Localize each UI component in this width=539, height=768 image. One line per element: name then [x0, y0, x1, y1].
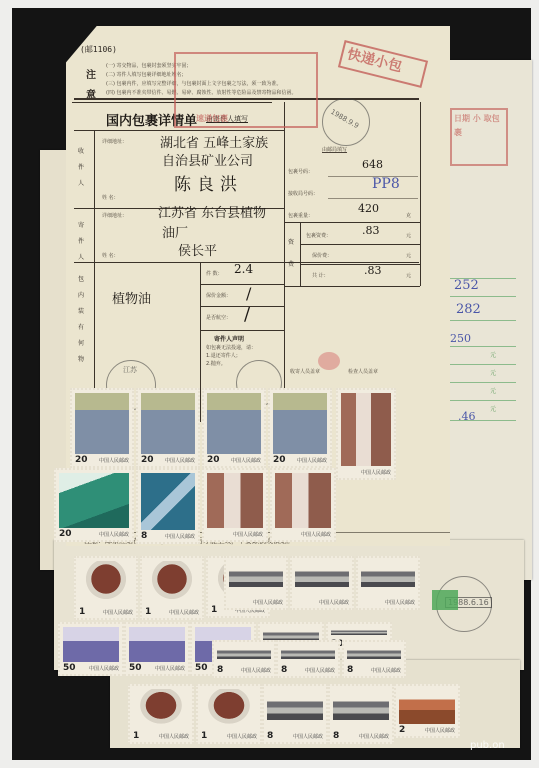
weight-label: 件 数： [206, 270, 223, 277]
recipient-address-line2: 自治县矿业公司 [162, 150, 253, 169]
postage-value: .83 [362, 224, 380, 237]
postage-stamp: 20中国人民邮政 [70, 388, 134, 468]
stamp-denomination: 1 [145, 607, 151, 617]
stamp-country: 中国人民邮政 [169, 609, 199, 616]
stamp-country: 中国人民邮政 [297, 457, 327, 464]
stamp-artwork [145, 561, 199, 606]
stamp-denomination: 8 [141, 531, 147, 541]
back-value-total: .46 [458, 410, 476, 423]
postmark-top: 1988.9.9 [322, 98, 370, 146]
stamp-artwork [275, 473, 331, 528]
stamp-artwork [75, 393, 129, 454]
stamp-country: 中国人民邮政 [103, 609, 133, 616]
stamp-country: 中国人民邮政 [319, 599, 349, 606]
stamp-country: 中国人民邮政 [99, 531, 129, 538]
stamp-denomination: 8 [333, 731, 339, 741]
insurance-unit: 元 [406, 252, 411, 259]
contents-item: 植物油 [112, 288, 151, 307]
sender-name-label: 姓 名： [102, 252, 119, 259]
stamp-country: 中国人民邮政 [233, 531, 263, 538]
stamp-denomination: 8 [217, 665, 223, 675]
postage-stamp: 20中国人民邮政 [268, 388, 332, 468]
postage-stamp: 20中国人民邮政 [136, 388, 200, 468]
notice-label-1: 注 [86, 66, 96, 81]
postage-stamp: 中国人民邮政 [290, 556, 354, 610]
red-box-stamp: 速递包裹 [174, 52, 318, 128]
stamp-denomination: 20 [273, 455, 286, 465]
stamp-country: 中国人民邮政 [165, 533, 195, 540]
postage-stamp: 8中国人民邮政 [212, 640, 276, 678]
fees-label: 资费 [288, 232, 296, 276]
parcel-weight: 420 [358, 202, 379, 215]
postage-stamp: 1中国人民邮政 [140, 556, 204, 620]
postage-label: 包裹资费： [306, 232, 331, 239]
airmail-value: / [244, 304, 250, 325]
stamp-artwork [273, 393, 327, 454]
stamp-artwork [281, 645, 335, 664]
stamp-artwork [201, 689, 257, 730]
postage-stamp: 中国人民邮政 [224, 556, 288, 610]
back-unit-2: 元 [490, 368, 496, 377]
stamp-country: 中国人民邮政 [253, 599, 283, 606]
parcel-no-label: 包裹号码： [288, 168, 313, 175]
back-unit-3: 元 [490, 386, 496, 395]
weight-unit: 克 [406, 212, 411, 219]
stamp-country: 中国人民邮政 [231, 457, 261, 464]
sender-name: 侯长平 [178, 240, 217, 259]
stamp-artwork [229, 561, 283, 596]
recipient-name: 陈良洪 [174, 170, 243, 195]
stamp-artwork [267, 689, 323, 730]
stamp-denomination: 50 [195, 663, 208, 673]
express-parcel-stamp: 快递小包 [338, 40, 428, 88]
stamp-artwork [217, 645, 271, 664]
receiving-no-label: 接收局号码： [288, 190, 318, 197]
stamp-denomination: 1 [211, 605, 217, 615]
clerk-label-2: 检查人员盖章 [348, 368, 378, 375]
postage-stamp: 中国人民邮政 [270, 468, 336, 542]
stamp-artwork [79, 561, 133, 606]
postage-unit: 元 [406, 232, 411, 239]
postage-stamp: 中国人民邮政 [202, 468, 268, 542]
stamp-country: 中国人民邮政 [385, 599, 415, 606]
postage-stamp: 1中国人民邮政 [128, 684, 194, 744]
stamp-country: 中国人民邮政 [371, 667, 401, 674]
stamp-country: 中国人民邮政 [241, 667, 271, 674]
stamp-country: 中国人民邮政 [89, 665, 119, 672]
red-box-stamp-text: 速递包裹 [196, 113, 228, 124]
declaration-line3: 2.抛弃。 [206, 360, 226, 367]
airmail-label: 是否航空： [206, 314, 231, 321]
total-label: 共 计： [312, 272, 329, 279]
insured-label: 保价金额： [206, 292, 231, 299]
postage-stamp: 50中国人民邮政 [124, 622, 190, 676]
postmark-left-city: 江苏 [123, 365, 137, 375]
clerk-label-1: 收寄人员盖章 [290, 368, 320, 375]
back-unit-4: 元 [490, 404, 496, 413]
total-unit: 元 [406, 272, 411, 279]
stamp-denomination: 8 [347, 665, 353, 675]
postage-stamp: 1中国人民邮政 [74, 556, 138, 620]
stamp-artwork [399, 689, 455, 724]
stamp-artwork [141, 393, 195, 454]
sender-address-line2: 油厂 [162, 222, 188, 241]
stamp-denomination: 8 [267, 731, 273, 741]
postage-stamp: 8中国人民邮政 [262, 684, 328, 744]
stamp-denomination: 1 [79, 607, 85, 617]
stamp-artwork [207, 393, 261, 454]
stamp-artwork [331, 627, 387, 638]
postage-stamp: 8中国人民邮政 [136, 468, 200, 544]
stamp-denomination: 50 [129, 663, 142, 673]
stamp-country: 中国人民邮政 [165, 457, 195, 464]
recipient-section-label: 收件人 [78, 144, 86, 192]
watermark-text: pub.on [470, 740, 505, 751]
stamp-artwork [133, 689, 189, 730]
stamp-artwork [59, 473, 129, 528]
postage-stamp: 中国人民邮政 [336, 388, 396, 480]
stamp-artwork [341, 393, 391, 466]
stamp-country: 中国人民邮政 [361, 469, 391, 476]
stamp-country: 中国人民邮政 [159, 733, 189, 740]
postage-stamp: 20中国人民邮政 [54, 468, 134, 542]
back-unit-1: 元 [490, 350, 496, 359]
declaration-title: 寄件人声明 [214, 334, 244, 343]
stamp-artwork [295, 561, 349, 596]
recipient-name-label: 姓 名： [102, 194, 119, 201]
back-form-values: 252 282 250 元 元 元 元 .46 [446, 260, 526, 460]
sender-section-label: 寄件人 [78, 218, 86, 266]
stamp-denomination: 20 [59, 529, 72, 539]
sender-address-line1: 江苏省 东台县植物 [158, 202, 266, 221]
recipient-address-label: 详细地址： [102, 138, 127, 145]
post-office-header: 由邮局填写 [322, 146, 347, 153]
stamp-denomination: 20 [141, 455, 154, 465]
stamp-artwork [361, 561, 415, 596]
back-red-box-stamp: 日期 小 取包裹 [450, 108, 508, 166]
stamp-country: 中国人民邮政 [99, 457, 129, 464]
stamp-country: 中国人民邮政 [155, 665, 185, 672]
recipient-address-line1: 湖北省 五峰土家族 [160, 132, 268, 151]
receiving-no: PP8 [372, 176, 400, 192]
back-value-1: 252 [454, 278, 479, 293]
postage-stamp: 20中国人民邮政 [202, 388, 266, 468]
stamp-artwork [333, 689, 389, 730]
postage-stamp: 2中国人民邮政 [394, 684, 460, 738]
green-stamp-partial [432, 590, 458, 610]
stamp-artwork [129, 627, 185, 662]
stamp-denomination: 50 [63, 663, 76, 673]
stamp-artwork [207, 473, 263, 528]
stamp-country: 中国人民邮政 [425, 727, 455, 734]
insured-value: / [246, 284, 251, 303]
total-value: .83 [364, 264, 382, 277]
declaration-line2: 1.退还寄件人； [206, 352, 241, 359]
stamp-denomination: 20 [75, 455, 88, 465]
contents-section-label: 包内装有何物 [78, 272, 86, 368]
stamp-artwork [63, 627, 119, 662]
stamp-denomination: 1 [201, 731, 207, 741]
stamp-country: 中国人民邮政 [293, 733, 323, 740]
stamp-country: 中国人民邮政 [227, 733, 257, 740]
declaration-line1: 如包裹无法投递，请： [206, 344, 256, 351]
stamp-denomination: 8 [281, 665, 287, 675]
back-value-3: 250 [450, 332, 471, 345]
form-code: (邮1106) [80, 44, 117, 55]
parcel-no: 648 [362, 158, 383, 171]
stamp-denomination: 1 [133, 731, 139, 741]
postage-stamp: 8中国人民邮政 [276, 640, 340, 678]
stamp-denomination: 2 [399, 725, 405, 735]
insurance-label: 保价费： [312, 252, 332, 259]
back-value-2: 282 [456, 302, 481, 317]
weight-label-po: 包裹重量： [288, 212, 313, 219]
postage-stamp: 中国人民邮政 [356, 556, 420, 610]
stamp-country: 中国人民邮政 [305, 667, 335, 674]
stamp-country: 中国人民邮政 [301, 531, 331, 538]
weight-value: 2.4 [234, 262, 253, 276]
stamp-artwork [141, 473, 195, 530]
stamp-country: 中国人民邮政 [359, 733, 389, 740]
postage-stamp: 50中国人民邮政 [58, 622, 124, 676]
stamp-artwork [347, 645, 401, 664]
postmark-top-date: 1988.9.9 [329, 108, 360, 131]
postage-stamp: 8中国人民邮政 [342, 640, 406, 678]
postage-stamp: 8中国人民邮政 [328, 684, 394, 744]
postage-stamp: 1中国人民邮政 [196, 684, 262, 744]
red-seal-impression [318, 352, 340, 370]
stamp-denomination: 20 [207, 455, 220, 465]
sender-address-label: 详细地址： [102, 212, 127, 219]
